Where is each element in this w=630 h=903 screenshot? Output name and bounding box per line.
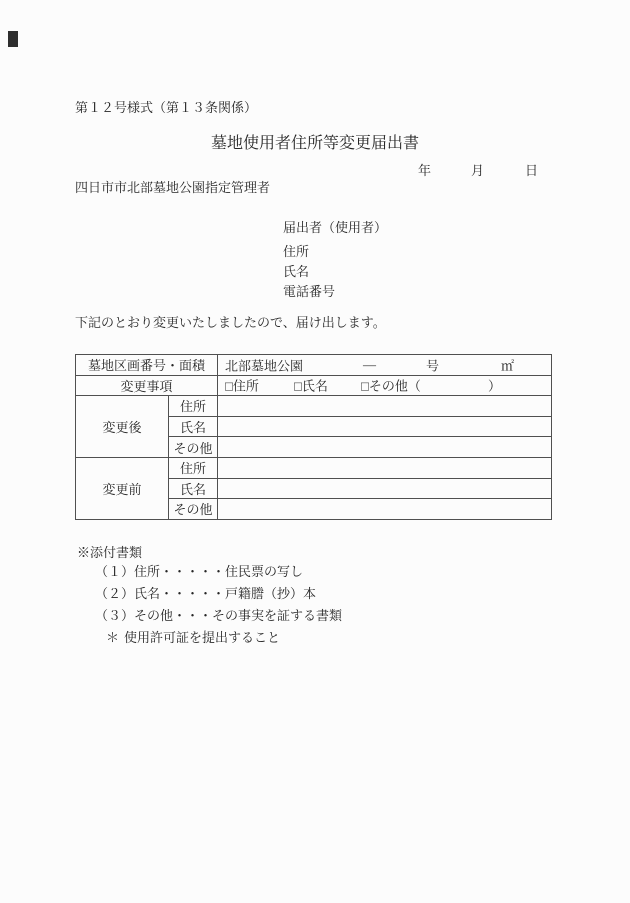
table-row-before-address: 変更前 住所	[76, 457, 552, 478]
park-name: 北部墓地公園	[225, 355, 303, 374]
plot-number-label: 墓地区画番号・面積	[76, 355, 218, 376]
table-row-after-address: 変更後 住所	[76, 396, 552, 417]
plot-number-unit: 号	[426, 355, 439, 374]
scan-artifact-mark	[8, 31, 18, 47]
plot-number-value-cell: 北部墓地公園 ― 号 ㎡	[218, 355, 552, 376]
before-change-label: 変更前	[76, 457, 169, 519]
before-other-label: その他	[169, 499, 218, 520]
after-other-input-cell	[218, 437, 552, 458]
attachment-item-2: （２）氏名・・・・・戸籍謄（抄）本	[95, 583, 316, 602]
before-other-input-cell	[218, 499, 552, 520]
attachments-heading: ※添付書類	[77, 542, 142, 561]
attachment-item-1: （１）住所・・・・・住民票の写し	[95, 561, 303, 580]
intro-sentence: 下記のとおり変更いたしましたので、届け出します。	[75, 312, 386, 331]
date-month-label: 月	[471, 160, 484, 179]
checkbox-address: □住所	[225, 376, 259, 395]
table-row-plot: 墓地区画番号・面積 北部墓地公園 ― 号 ㎡	[76, 355, 552, 376]
date-year-label: 年	[418, 160, 431, 179]
after-name-input-cell	[218, 416, 552, 437]
change-items-label: 変更事項	[76, 375, 218, 396]
after-change-label: 変更後	[76, 396, 169, 458]
date-day-label: 日	[525, 160, 538, 179]
applicant-address-label: 住所	[283, 241, 309, 260]
plot-area-unit: ㎡	[501, 355, 514, 374]
checkbox-name: □氏名	[294, 376, 328, 395]
close-paren-glyph: ）	[488, 376, 501, 395]
asterisk-mark: ＊	[106, 627, 119, 646]
page-title: 墓地使用者住所等変更届出書	[0, 130, 630, 153]
before-name-input-cell	[218, 478, 552, 499]
checkbox-other: □その他（	[361, 376, 421, 395]
attachment-item-3: （３）その他・・・その事実を証する書類	[95, 605, 342, 624]
applicant-phone-label: 電話番号	[283, 281, 335, 300]
addressee-line: 四日市市北部墓地公園指定管理者	[75, 177, 270, 196]
applicant-heading: 届出者（使用者）	[283, 217, 387, 236]
applicant-name-label: 氏名	[283, 261, 309, 280]
change-form-table: 墓地区画番号・面積 北部墓地公園 ― 号 ㎡ 変更事項 □住所 □氏名 □その他…	[75, 354, 552, 520]
before-address-label: 住所	[169, 457, 218, 478]
table-row-change-items: 変更事項 □住所 □氏名 □その他（ ）	[76, 375, 552, 396]
before-name-label: 氏名	[169, 478, 218, 499]
before-address-input-cell	[218, 457, 552, 478]
form-number: 第１２号様式（第１３条関係）	[75, 97, 257, 116]
document-page: 第１２号様式（第１３条関係） 墓地使用者住所等変更届出書 年 月 日 四日市市北…	[0, 0, 630, 903]
after-name-label: 氏名	[169, 416, 218, 437]
plot-dash: ―	[363, 357, 376, 373]
asterisk-note-text: 使用許可証を提出すること	[124, 627, 280, 646]
after-other-label: その他	[169, 437, 218, 458]
after-address-input-cell	[218, 396, 552, 417]
change-items-cell: □住所 □氏名 □その他（ ）	[218, 375, 552, 396]
after-address-label: 住所	[169, 396, 218, 417]
